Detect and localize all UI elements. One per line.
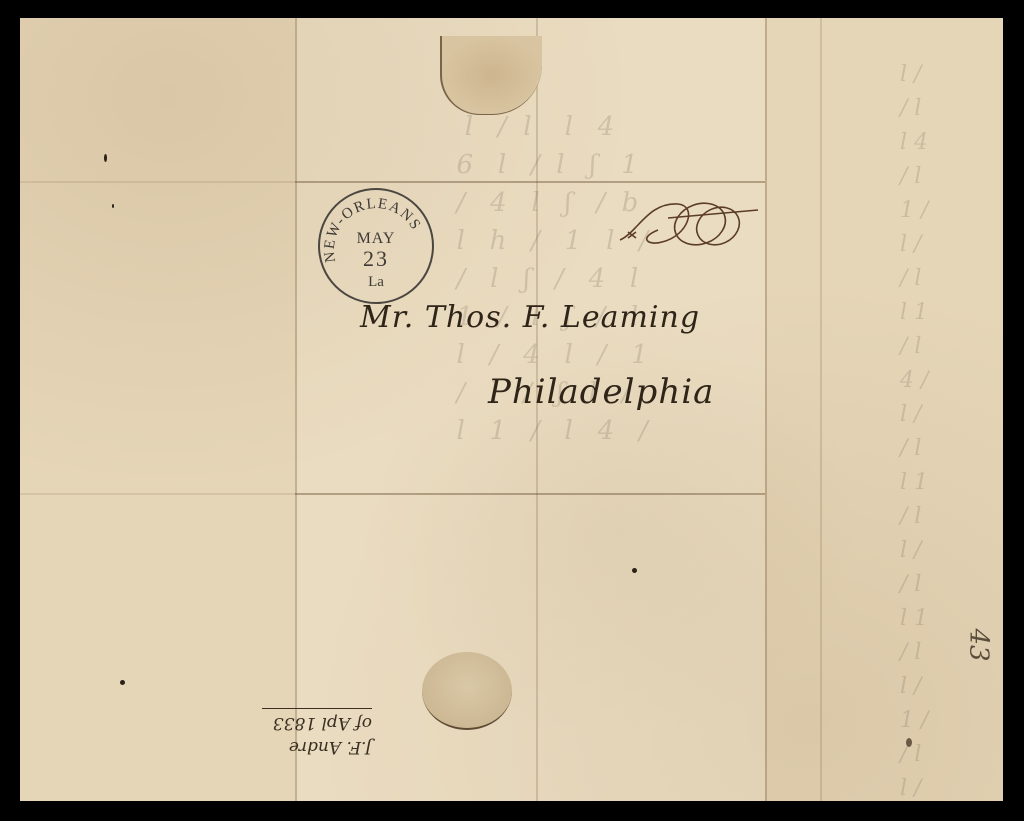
docket-date: of Apl 1833 [262, 711, 372, 735]
bleed-through-margin: l / / l l 4 / l 1 / l / / l l 1 / l 4 / … [900, 58, 928, 806]
fold-line-left-faint-2 [20, 493, 295, 495]
ink-spot [112, 204, 114, 208]
destination-city: Philadelphia [488, 372, 714, 412]
ink-spot [906, 738, 912, 747]
ink-spot [632, 568, 637, 573]
docket-underline [262, 708, 372, 709]
docket-sender: J.F. Andre [262, 735, 372, 759]
postmark-day: 23 [320, 246, 432, 272]
rate-25-glyph [618, 192, 768, 254]
fold-line-far-right [820, 18, 822, 801]
postmark-state: La [320, 274, 432, 291]
fold-line-left [295, 18, 297, 801]
ink-spot [104, 154, 107, 162]
fold-line-left-faint [20, 181, 295, 183]
ink-spot [120, 680, 125, 685]
docket-notation: J.F. Andre of Apl 1833 [262, 708, 372, 759]
fold-line-right [765, 18, 767, 801]
manuscript-rate-marking [618, 192, 768, 254]
fold-line-bottom [295, 493, 765, 495]
postmark-circular-datestamp: NEW-ORLEANS MAY 23 La [318, 188, 434, 304]
wax-seal-remnant [422, 652, 512, 730]
addressee-name: Mr. Thos. F. Leaming [360, 300, 700, 335]
margin-note: 43 [964, 628, 994, 661]
